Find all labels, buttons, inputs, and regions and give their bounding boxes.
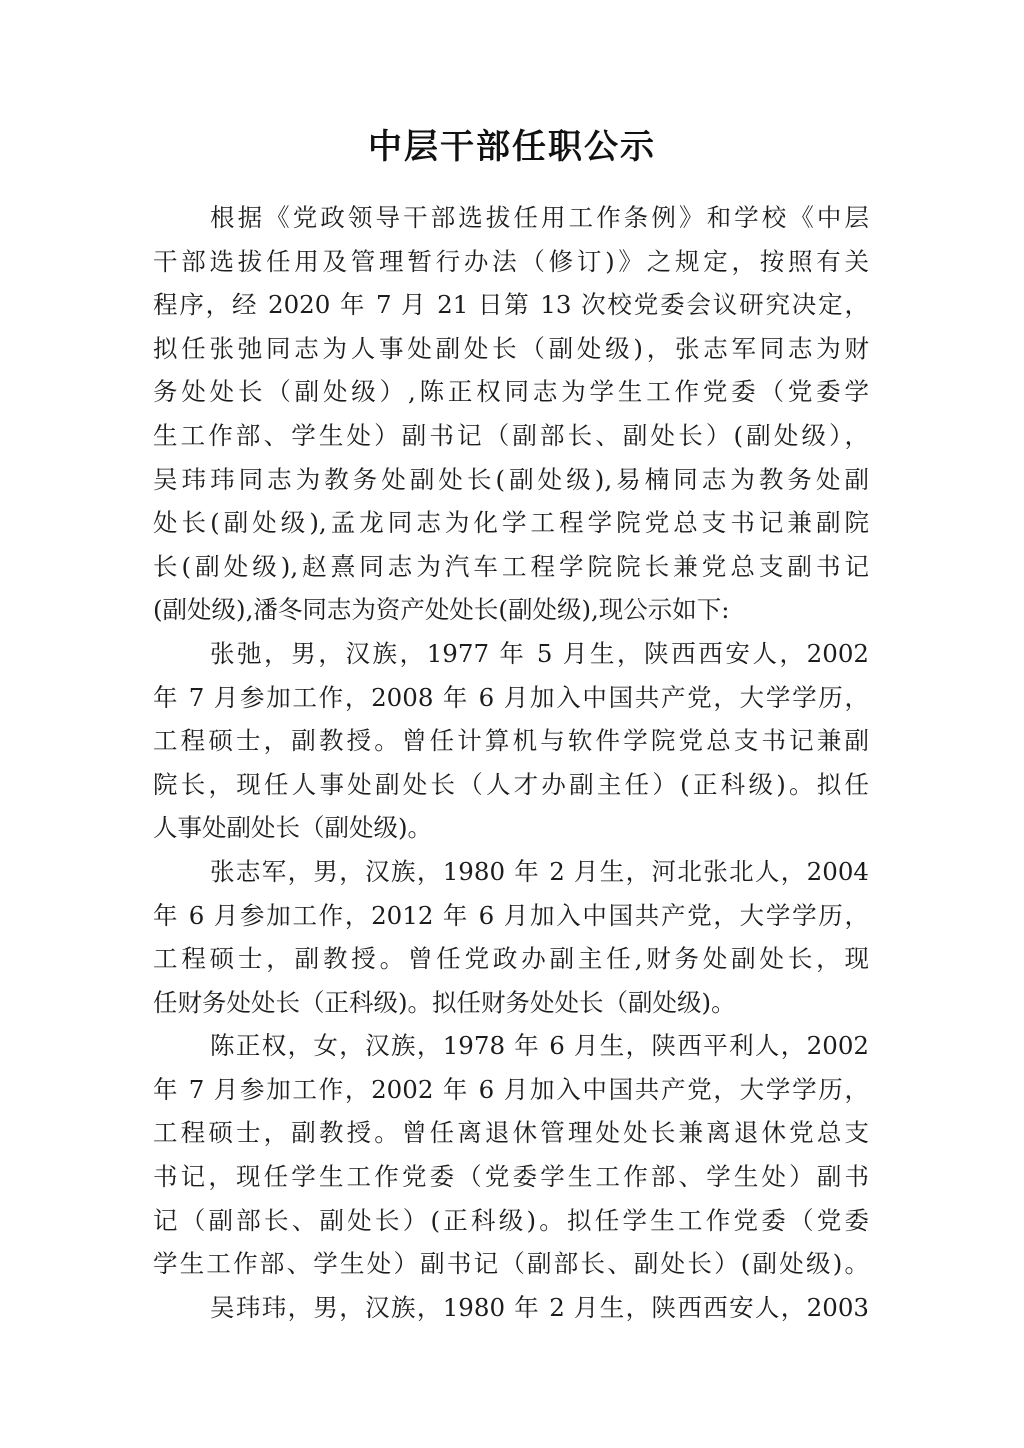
text-line: 学生工作部、学生处）副书记（副部长、副处长）(副处级)。 [153,1242,869,1286]
text-line: 吴玮玮，男，汉族，1980 年 2 月生，陕西西安人，2003 [153,1286,869,1330]
text-line: 年 7 月参加工作，2002 年 6 月加入中国共产党，大学学历， [153,1068,869,1112]
text-line: 处长(副处级),孟龙同志为化学工程学院党总支书记兼副院 [153,501,869,545]
text-line: 务处处长（副处级）,陈正权同志为学生工作党委（党委学 [153,370,869,414]
paragraph-zhang-chi: 张弛，男，汉族，1977 年 5 月生，陕西西安人，2002 年 7 月参加工作… [153,632,869,850]
text-line: 工程硕士，副教授。曾任党政办副主任,财务处副处长，现 [153,937,869,981]
text-line: 陈正权，女，汉族，1978 年 6 月生，陕西平利人，2002 [153,1024,869,1068]
paragraph-intro: 根据《党政领导干部选拔任用工作条例》和学校《中层 干部选拔任用及管理暂行办法（修… [153,196,869,632]
text-line: 拟任张弛同志为人事处副处长（副处级)，张志军同志为财 [153,327,869,371]
text-line: 人事处副处长（副处级)。 [153,806,869,850]
text-line: 干部选拔任用及管理暂行办法（修订)》之规定，按照有关 [153,240,869,284]
text-line: 工程硕士，副教授。曾任离退休管理处处长兼离退休党总支 [153,1111,869,1155]
text-line: 年 7 月参加工作，2008 年 6 月加入中国共产党，大学学历， [153,676,869,720]
document-page: 中层干部任职公示 根据《党政领导干部选拔任用工作条例》和学校《中层 干部选拔任用… [0,0,1024,1448]
text-line: (副处级),潘冬同志为资产处处长(副处级),现公示如下: [153,588,869,632]
document-body: 根据《党政领导干部选拔任用工作条例》和学校《中层 干部选拔任用及管理暂行办法（修… [153,196,869,1329]
paragraph-wu-weiwei: 吴玮玮，男，汉族，1980 年 2 月生，陕西西安人，2003 [153,1286,869,1330]
paragraph-chen-zhengquan: 陈正权，女，汉族，1978 年 6 月生，陕西平利人，2002 年 7 月参加工… [153,1024,869,1286]
text-line: 张弛，男，汉族，1977 年 5 月生，陕西西安人，2002 [153,632,869,676]
text-line: 记（副部长、副处长）(正科级)。拟任学生工作党委（党委 [153,1199,869,1243]
text-line: 工程硕士，副教授。曾任计算机与软件学院党总支书记兼副 [153,719,869,763]
text-line: 程序，经 2020 年 7 月 21 日第 13 次校党委会议研究决定， [153,283,869,327]
text-line: 吴玮玮同志为教务处副处长(副处级),易楠同志为教务处副 [153,458,869,502]
text-line: 年 6 月参加工作，2012 年 6 月加入中国共产党，大学学历， [153,894,869,938]
text-line: 根据《党政领导干部选拔任用工作条例》和学校《中层 [153,196,869,240]
text-line: 任财务处处长（正科级)。拟任财务处处长（副处级)。 [153,981,869,1025]
text-line: 长(副处级),赵熹同志为汽车工程学院院长兼党总支副书记 [153,545,869,589]
text-line: 院长，现任人事处副处长（人才办副主任）(正科级)。拟任 [153,763,869,807]
text-line: 张志军，男，汉族，1980 年 2 月生，河北张北人，2004 [153,850,869,894]
text-line: 书记，现任学生工作党委（党委学生工作部、学生处）副书 [153,1155,869,1199]
document-title: 中层干部任职公示 [0,122,1024,172]
paragraph-zhang-zhijun: 张志军，男，汉族，1980 年 2 月生，河北张北人，2004 年 6 月参加工… [153,850,869,1024]
text-line: 生工作部、学生处）副书记（副部长、副处长）(副处级）， [153,414,869,458]
